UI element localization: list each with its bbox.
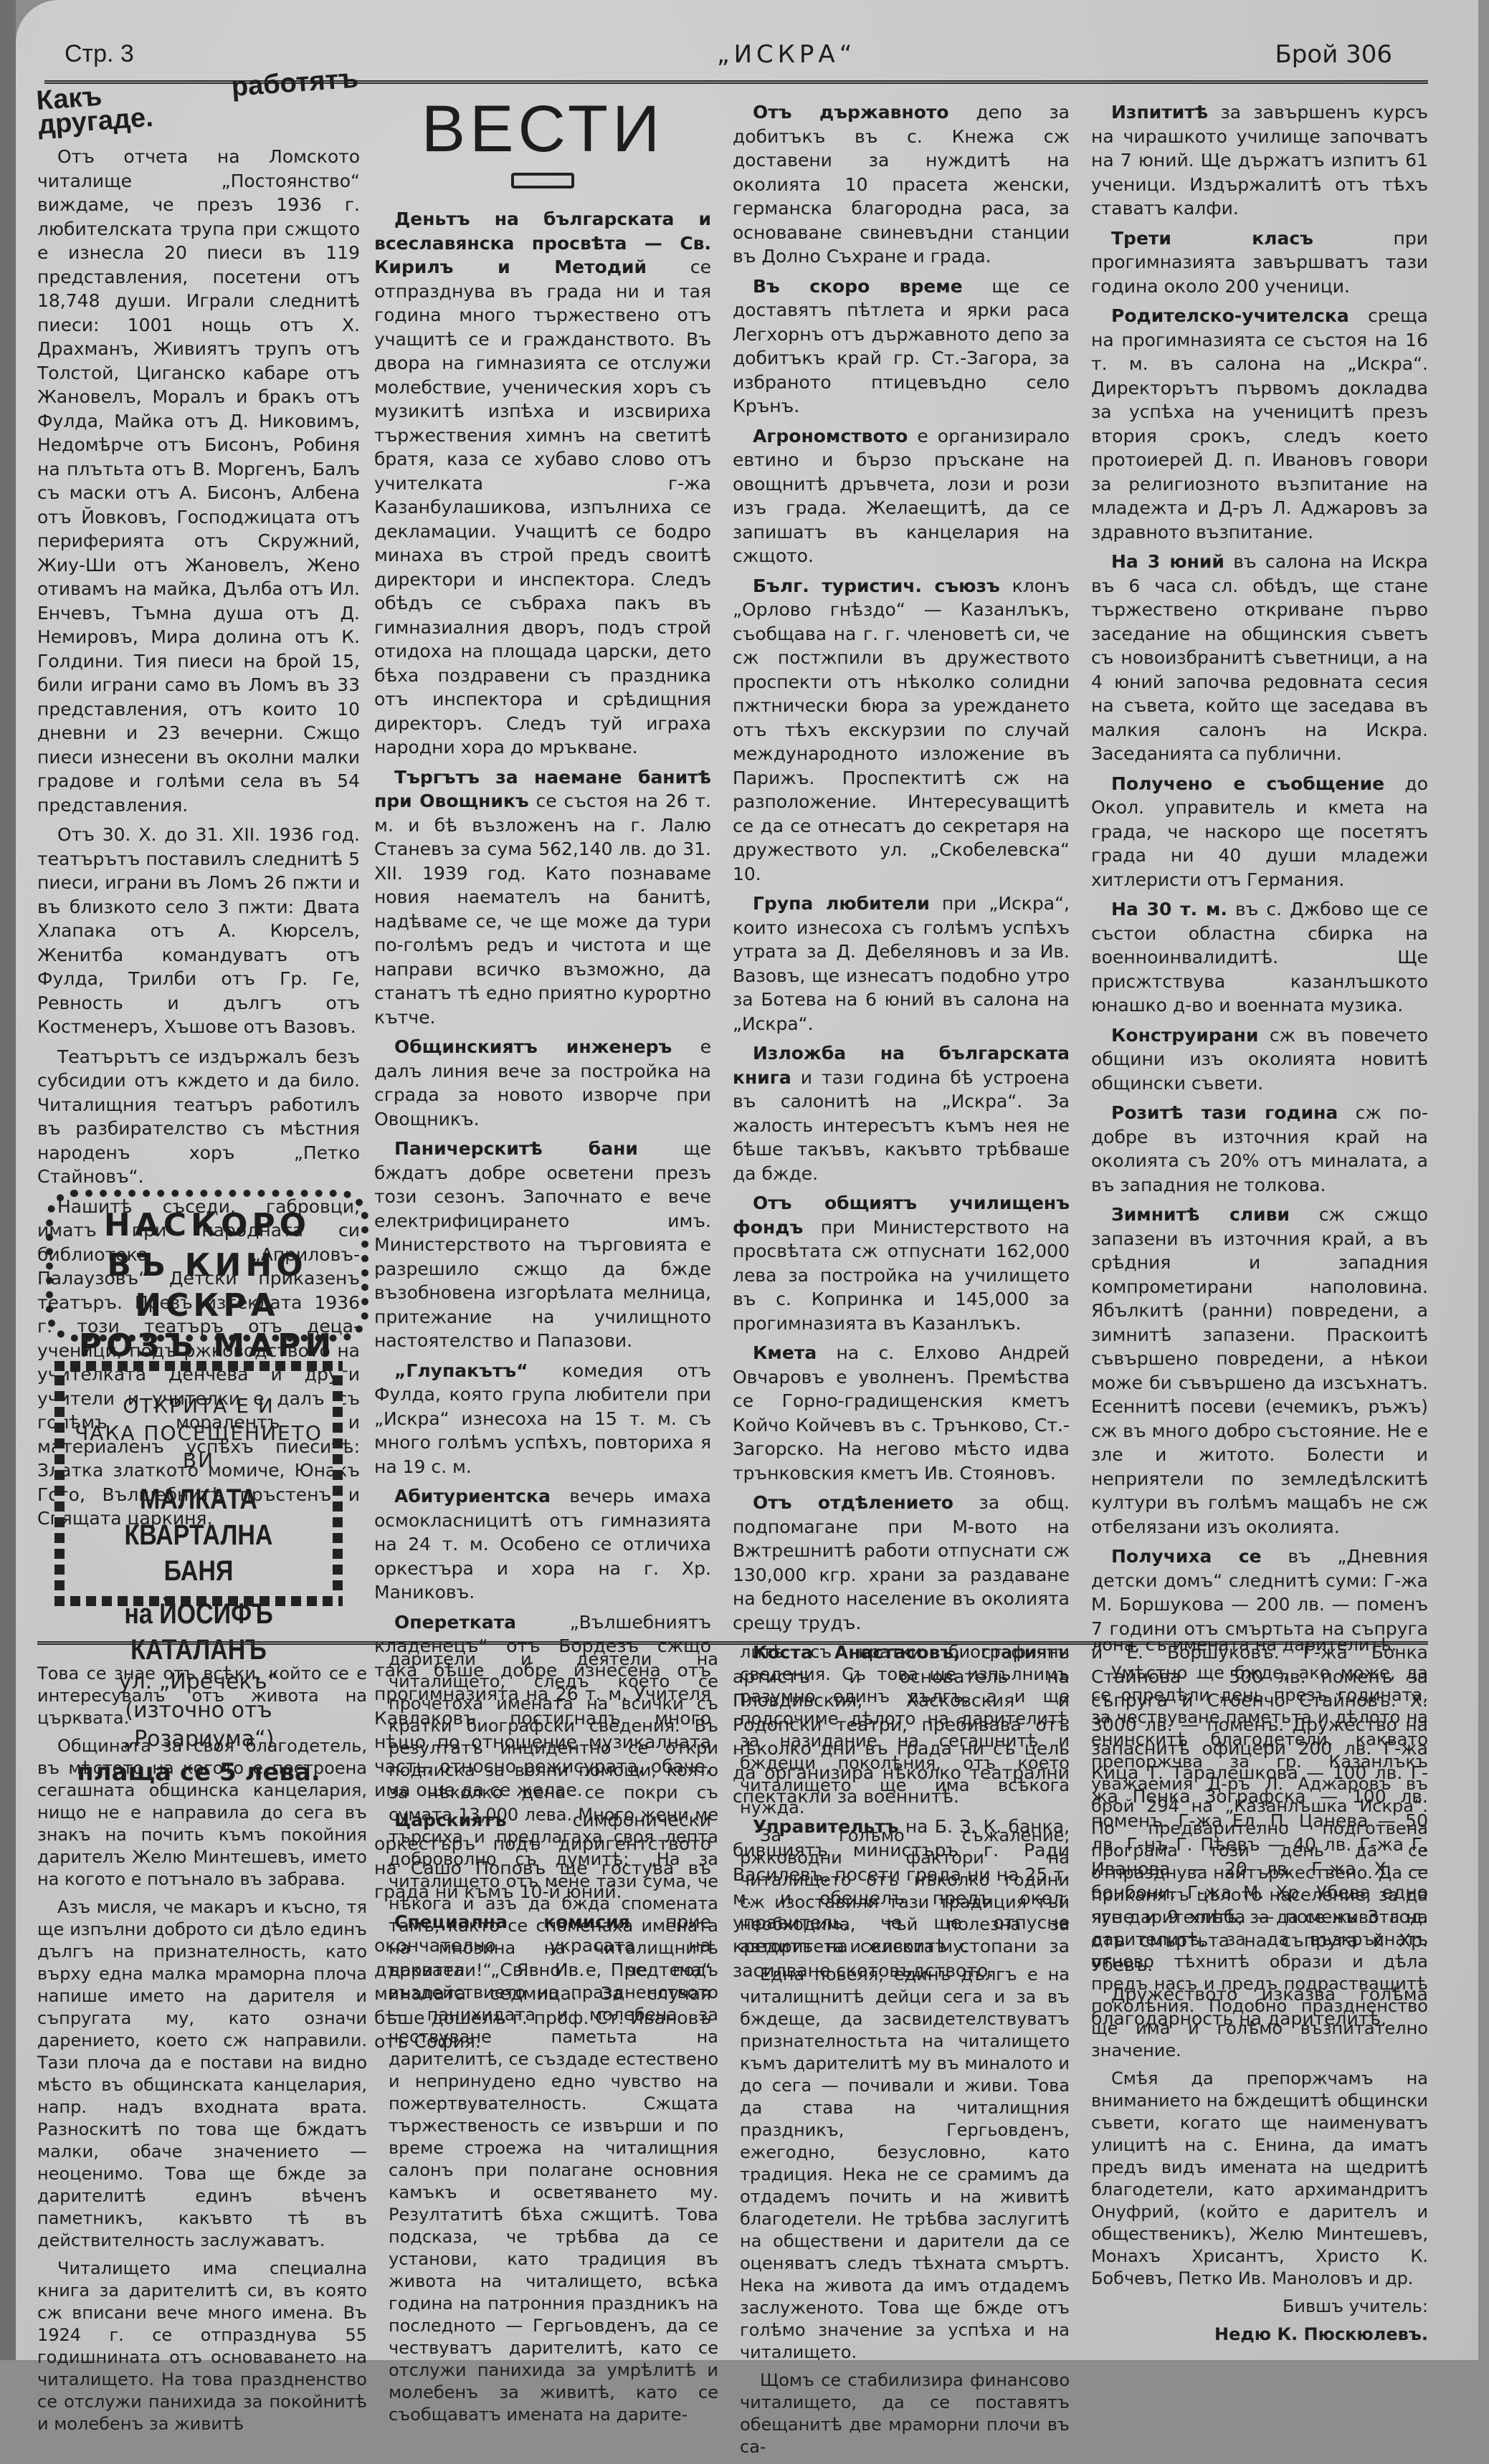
- section-title: ВЕСТИ: [374, 90, 711, 168]
- bottom-article-col-1: Това се знае отъ всѣки, който се е интер…: [37, 1663, 367, 2360]
- news-item: Група любители при „Искра“, които изнесо…: [733, 892, 1070, 1036]
- news-item: Въ скоро време ще се доставятъ пѣтлета и…: [733, 274, 1070, 419]
- paragraph: лона, съ имената на дарителитѣ.: [1091, 1634, 1428, 1656]
- news-item: Зимнитѣ сливи сж сжщо запазени въ източн…: [1091, 1203, 1428, 1539]
- news-item: Розитѣ тази година сж по-добре въ източн…: [1091, 1101, 1428, 1197]
- paragraph: Общината за своя благодетель, въ мѣстото…: [37, 1735, 367, 1891]
- ornament-icon: [511, 173, 574, 188]
- news-item: На 3 юний въ салона на Искра въ 6 часа с…: [1091, 550, 1428, 766]
- news-item: Отъ общиятъ училищенъ фондъ при Министер…: [733, 1191, 1070, 1335]
- ad-line: на ЙОСИФЪ КАТАЛАНЪ: [87, 1596, 310, 1668]
- news-item: Трети класъ при прогимназията завършватъ…: [1091, 226, 1428, 299]
- news-item: Паничерскитѣ бани ще бждатъ добре освете…: [374, 1137, 711, 1353]
- paragraph: Отъ отчета на Ломското читалище „Постоян…: [37, 145, 360, 817]
- signature-role: Бившъ учитель:: [1091, 2296, 1428, 2318]
- paragraph: Театърътъ се издържалъ безъ субсидии отъ…: [37, 1045, 360, 1189]
- news-item: Конструирани сж въ повечето общини изъ о…: [1091, 1023, 1428, 1096]
- paragraph: Азъ мисля, че макаръ и късно, тя ще изпъ…: [37, 1896, 367, 2252]
- news-item: Деньтъ на българската и всеславянска про…: [374, 207, 711, 760]
- ad-line: ЧАКА ПОСЕЩЕНИЕТО ВИ: [67, 1420, 330, 1474]
- signature-name: Недю К. Пюскюлевъ.: [1091, 2324, 1428, 2346]
- news-item: Абитуриентска вечерь имаха осмокласницит…: [374, 1484, 711, 1605]
- ad-line: НАСКОРО: [53, 1205, 361, 1246]
- news-item: Родителско-учителска среща на прогимнази…: [1091, 304, 1428, 544]
- news-item: Кмета на с. Елхово Андрей Овчаровъ е уво…: [733, 1341, 1070, 1485]
- bottom-article-col-2: дарители и деятели на читалището, следъ …: [389, 1648, 718, 2360]
- paragraph: дарители и деятели на читалището, следъ …: [389, 1648, 718, 2360]
- news-item: Отъ държавното депо за добитъкъ въ с. Кн…: [733, 100, 1070, 269]
- news-item: Търгътъ за наемане банитѣ при Овощникъ с…: [374, 765, 711, 1030]
- ad-line: ОТКРИТА Е И: [67, 1393, 330, 1420]
- news-item: Изпититѣ за завършенъ курсъ на чирашкото…: [1091, 100, 1428, 221]
- bottom-article-col-3: литѣ съ кратки биографични сведения. Съ …: [740, 1641, 1070, 2360]
- bottom-article-col-4: лона, съ имената на дарителитѣ. Умѣстно …: [1091, 1634, 1428, 2351]
- page-number: Стр. 3: [65, 40, 134, 68]
- newspaper-page: Стр. 3 „ИСКРА“ Брой 306 Какъ работятъ др…: [16, 0, 1478, 2360]
- bath-advertisement: ОТКРИТА Е И ЧАКА ПОСЕЩЕНИЕТО ВИ МАЛКАТА …: [44, 1351, 353, 1616]
- paragraph: литѣ съ кратки биографични сведения. Съ …: [740, 1641, 1070, 1819]
- news-item: Получено е съобщение до Окол. управитель…: [1091, 772, 1428, 892]
- paragraph: Умѣстно ще бжде, ако може, да се опредѣл…: [1091, 1662, 1428, 2062]
- paragraph: Смѣя да препоржчамъ на вниманието на бжд…: [1091, 2068, 1428, 2290]
- news-item: Общинскиятъ инженеръ е далъ линия вече з…: [374, 1035, 711, 1131]
- paragraph: Отъ 30. X. до 31. XII. 1936 год. театъръ…: [37, 823, 360, 1039]
- paragraph: Читалището има специална книга за дарите…: [37, 2258, 367, 2360]
- ad-line: МАЛКАТА КВАРТАЛНА БАНЯ: [87, 1481, 310, 1589]
- news-item: Изложба на българската книга и тази годи…: [733, 1041, 1070, 1185]
- cinema-advertisement: НАСКОРО ВЪ КИНО ИСКРА РОЗЪ МАРИ: [46, 1190, 368, 1342]
- news-item: Агрономството е организирало евтино и бъ…: [733, 424, 1070, 568]
- issue-number: Брой 306: [1275, 40, 1392, 69]
- paragraph: Това се знае отъ всѣки, който се е интер…: [37, 1663, 367, 1729]
- news-item: Отъ отдѣлението за общ. подпомагане при …: [733, 1491, 1070, 1635]
- paragraph: Една повеля, единъ дългъ е на читалищнит…: [740, 1964, 1070, 2360]
- news-item: „Глупакътъ“ комедия отъ Фулда, която гру…: [374, 1359, 711, 1479]
- news-item: На 30 т. м. въ с. Джбово ще се състои об…: [1091, 897, 1428, 1018]
- paragraph: За голѣмо съжаление, ржководни фактори н…: [740, 1825, 1070, 1958]
- ad-line: ВЪ КИНО ИСКРА: [53, 1246, 361, 1326]
- newspaper-name: „ИСКРА“: [717, 40, 856, 69]
- news-item: Бълг. туристич. съюзъ клонъ „Орловo гнѣз…: [733, 574, 1070, 887]
- page-binding: [0, 0, 16, 2360]
